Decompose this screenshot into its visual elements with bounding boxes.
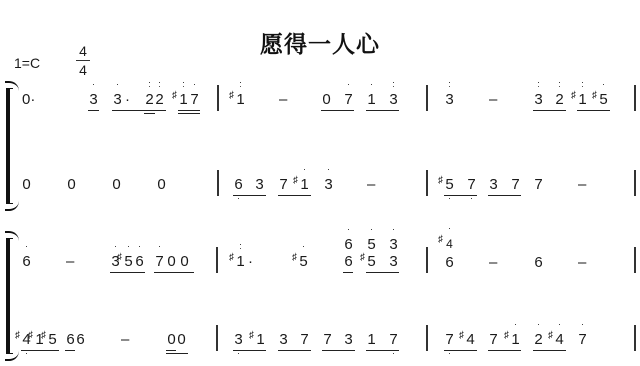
note: ♯5·	[445, 176, 454, 194]
sustain-dash: –	[367, 176, 375, 193]
beam	[444, 195, 477, 196]
note: 6·	[344, 236, 353, 254]
beam	[154, 272, 194, 273]
note: ♯4·	[555, 331, 564, 349]
note: 6·	[234, 176, 243, 194]
note: ♯1:	[578, 91, 587, 109]
beam	[366, 110, 399, 111]
note: 2:	[145, 91, 154, 109]
note: ♯5	[48, 331, 57, 349]
sustain-dash: –	[279, 91, 287, 108]
sustain-dash: –	[489, 254, 497, 271]
note: 6	[66, 331, 75, 349]
beam	[88, 110, 99, 111]
note: 7·	[389, 331, 398, 349]
beam	[278, 350, 311, 351]
note: 7·	[344, 91, 353, 109]
note: 7	[489, 331, 498, 349]
beam	[166, 350, 176, 351]
barline	[634, 325, 636, 351]
beam	[321, 110, 354, 111]
note: 6	[344, 253, 353, 271]
staff-lower-1: 0 0 0 0 6· 3 7 ♯1· 3· – ♯5· 7· 3 7 7 –	[0, 165, 640, 205]
beam	[366, 272, 399, 273]
note: 5·	[367, 236, 376, 254]
note: 3·	[89, 91, 98, 109]
note: 0	[180, 253, 189, 271]
note: 0	[157, 176, 166, 194]
note: 7·	[578, 331, 587, 349]
sustain-dash: –	[66, 253, 74, 270]
beam	[577, 110, 610, 111]
time-denominator: 4	[76, 61, 90, 79]
note: 0·	[22, 91, 35, 109]
note: ♯1	[256, 331, 265, 349]
note: 0	[177, 331, 186, 349]
note: ♯1:	[179, 91, 188, 109]
barline	[216, 247, 218, 273]
note: 2:	[555, 91, 564, 109]
sustain-dash: –	[121, 331, 129, 348]
barline	[426, 247, 428, 273]
note: ·	[246, 253, 255, 271]
beam	[533, 110, 566, 111]
note: 2·	[534, 331, 543, 349]
note: ♯4	[466, 331, 475, 349]
note: 7	[323, 331, 332, 349]
beam	[533, 350, 566, 351]
note: 7	[534, 176, 543, 194]
beam	[112, 110, 166, 111]
barline	[426, 85, 428, 111]
note: 0	[22, 176, 31, 194]
note: 0	[167, 253, 176, 271]
note: 2:	[155, 91, 164, 109]
barline	[217, 170, 219, 196]
barline	[634, 85, 636, 111]
barline	[216, 325, 218, 351]
note: 6·	[22, 253, 31, 271]
note: ♯5·	[299, 253, 308, 271]
note: ♯1:	[236, 253, 245, 271]
beam	[178, 110, 200, 111]
note: 3:	[389, 91, 398, 109]
barline	[426, 325, 428, 351]
note: 3·	[234, 331, 243, 349]
staff-lower-2: ♯4· ♯1 ♯5 6 6 – 0 0 3· ♯1 3 7 7 3 1 7· 7…	[0, 320, 640, 360]
note: ·	[123, 91, 132, 109]
beam	[444, 350, 477, 351]
note: 7·	[155, 253, 164, 271]
note: 3·	[389, 236, 398, 254]
note: 7	[279, 176, 288, 194]
note: 3·	[113, 91, 122, 109]
note: 7·	[467, 176, 476, 194]
note: 0	[112, 176, 121, 194]
sustain-dash: –	[578, 254, 586, 271]
note: ♯5·	[124, 253, 133, 271]
beam	[488, 350, 521, 351]
time-numerator: 4	[76, 42, 90, 60]
beam	[278, 195, 311, 196]
sustain-dash: –	[578, 176, 586, 193]
beam	[65, 350, 75, 351]
key-signature: 1=C	[14, 55, 40, 71]
note: 6	[76, 331, 85, 349]
note: 3·	[324, 176, 333, 194]
barline	[426, 170, 428, 196]
note: 3	[389, 253, 398, 271]
time-signature: 4 4	[76, 42, 90, 79]
note: ♯5·	[599, 91, 608, 109]
staff-upper-1: 0· 3· 3· · 2: 2: ♯1: 7· ♯1: – 0 7· 1· 3:…	[0, 80, 640, 120]
note: 3:	[445, 91, 454, 109]
note: 3	[489, 176, 498, 194]
note: 6	[534, 254, 543, 272]
note: 3:	[534, 91, 543, 109]
note: ♯1·	[300, 176, 309, 194]
note: 6·	[135, 253, 144, 271]
note: ♯1:	[236, 91, 245, 109]
note: 6	[445, 254, 454, 272]
beam	[366, 350, 399, 351]
note: 7·	[445, 331, 454, 349]
beam	[488, 195, 521, 196]
note: ♯1·	[511, 331, 520, 349]
sustain-dash: –	[489, 91, 497, 108]
note: 3	[255, 176, 264, 194]
beam	[233, 350, 266, 351]
beam	[233, 195, 266, 196]
note: 1·	[367, 91, 376, 109]
note: 7	[511, 176, 520, 194]
note: 0	[322, 91, 331, 109]
note: ♯5	[367, 253, 376, 271]
barline	[217, 85, 219, 111]
barline	[634, 170, 636, 196]
note: 7	[300, 331, 309, 349]
song-title: 愿得一人心	[0, 26, 640, 59]
note: 3	[344, 331, 353, 349]
beam	[178, 113, 200, 114]
staff-upper-2: 6· – 3· ♯5· 6· 7· 0 0 ♯1: · ♯5· 6· 6 5· …	[0, 242, 640, 282]
note: 7·	[190, 91, 199, 109]
beam	[322, 350, 355, 351]
note: 0	[167, 331, 176, 349]
note: 1	[367, 331, 376, 349]
note: 3	[279, 331, 288, 349]
beam	[21, 350, 59, 351]
beam	[144, 113, 155, 114]
beam	[343, 272, 353, 273]
beam	[110, 272, 145, 273]
barline	[634, 247, 636, 273]
note: 0	[67, 176, 76, 194]
beam	[166, 353, 188, 354]
note: ♯4·	[445, 235, 454, 253]
